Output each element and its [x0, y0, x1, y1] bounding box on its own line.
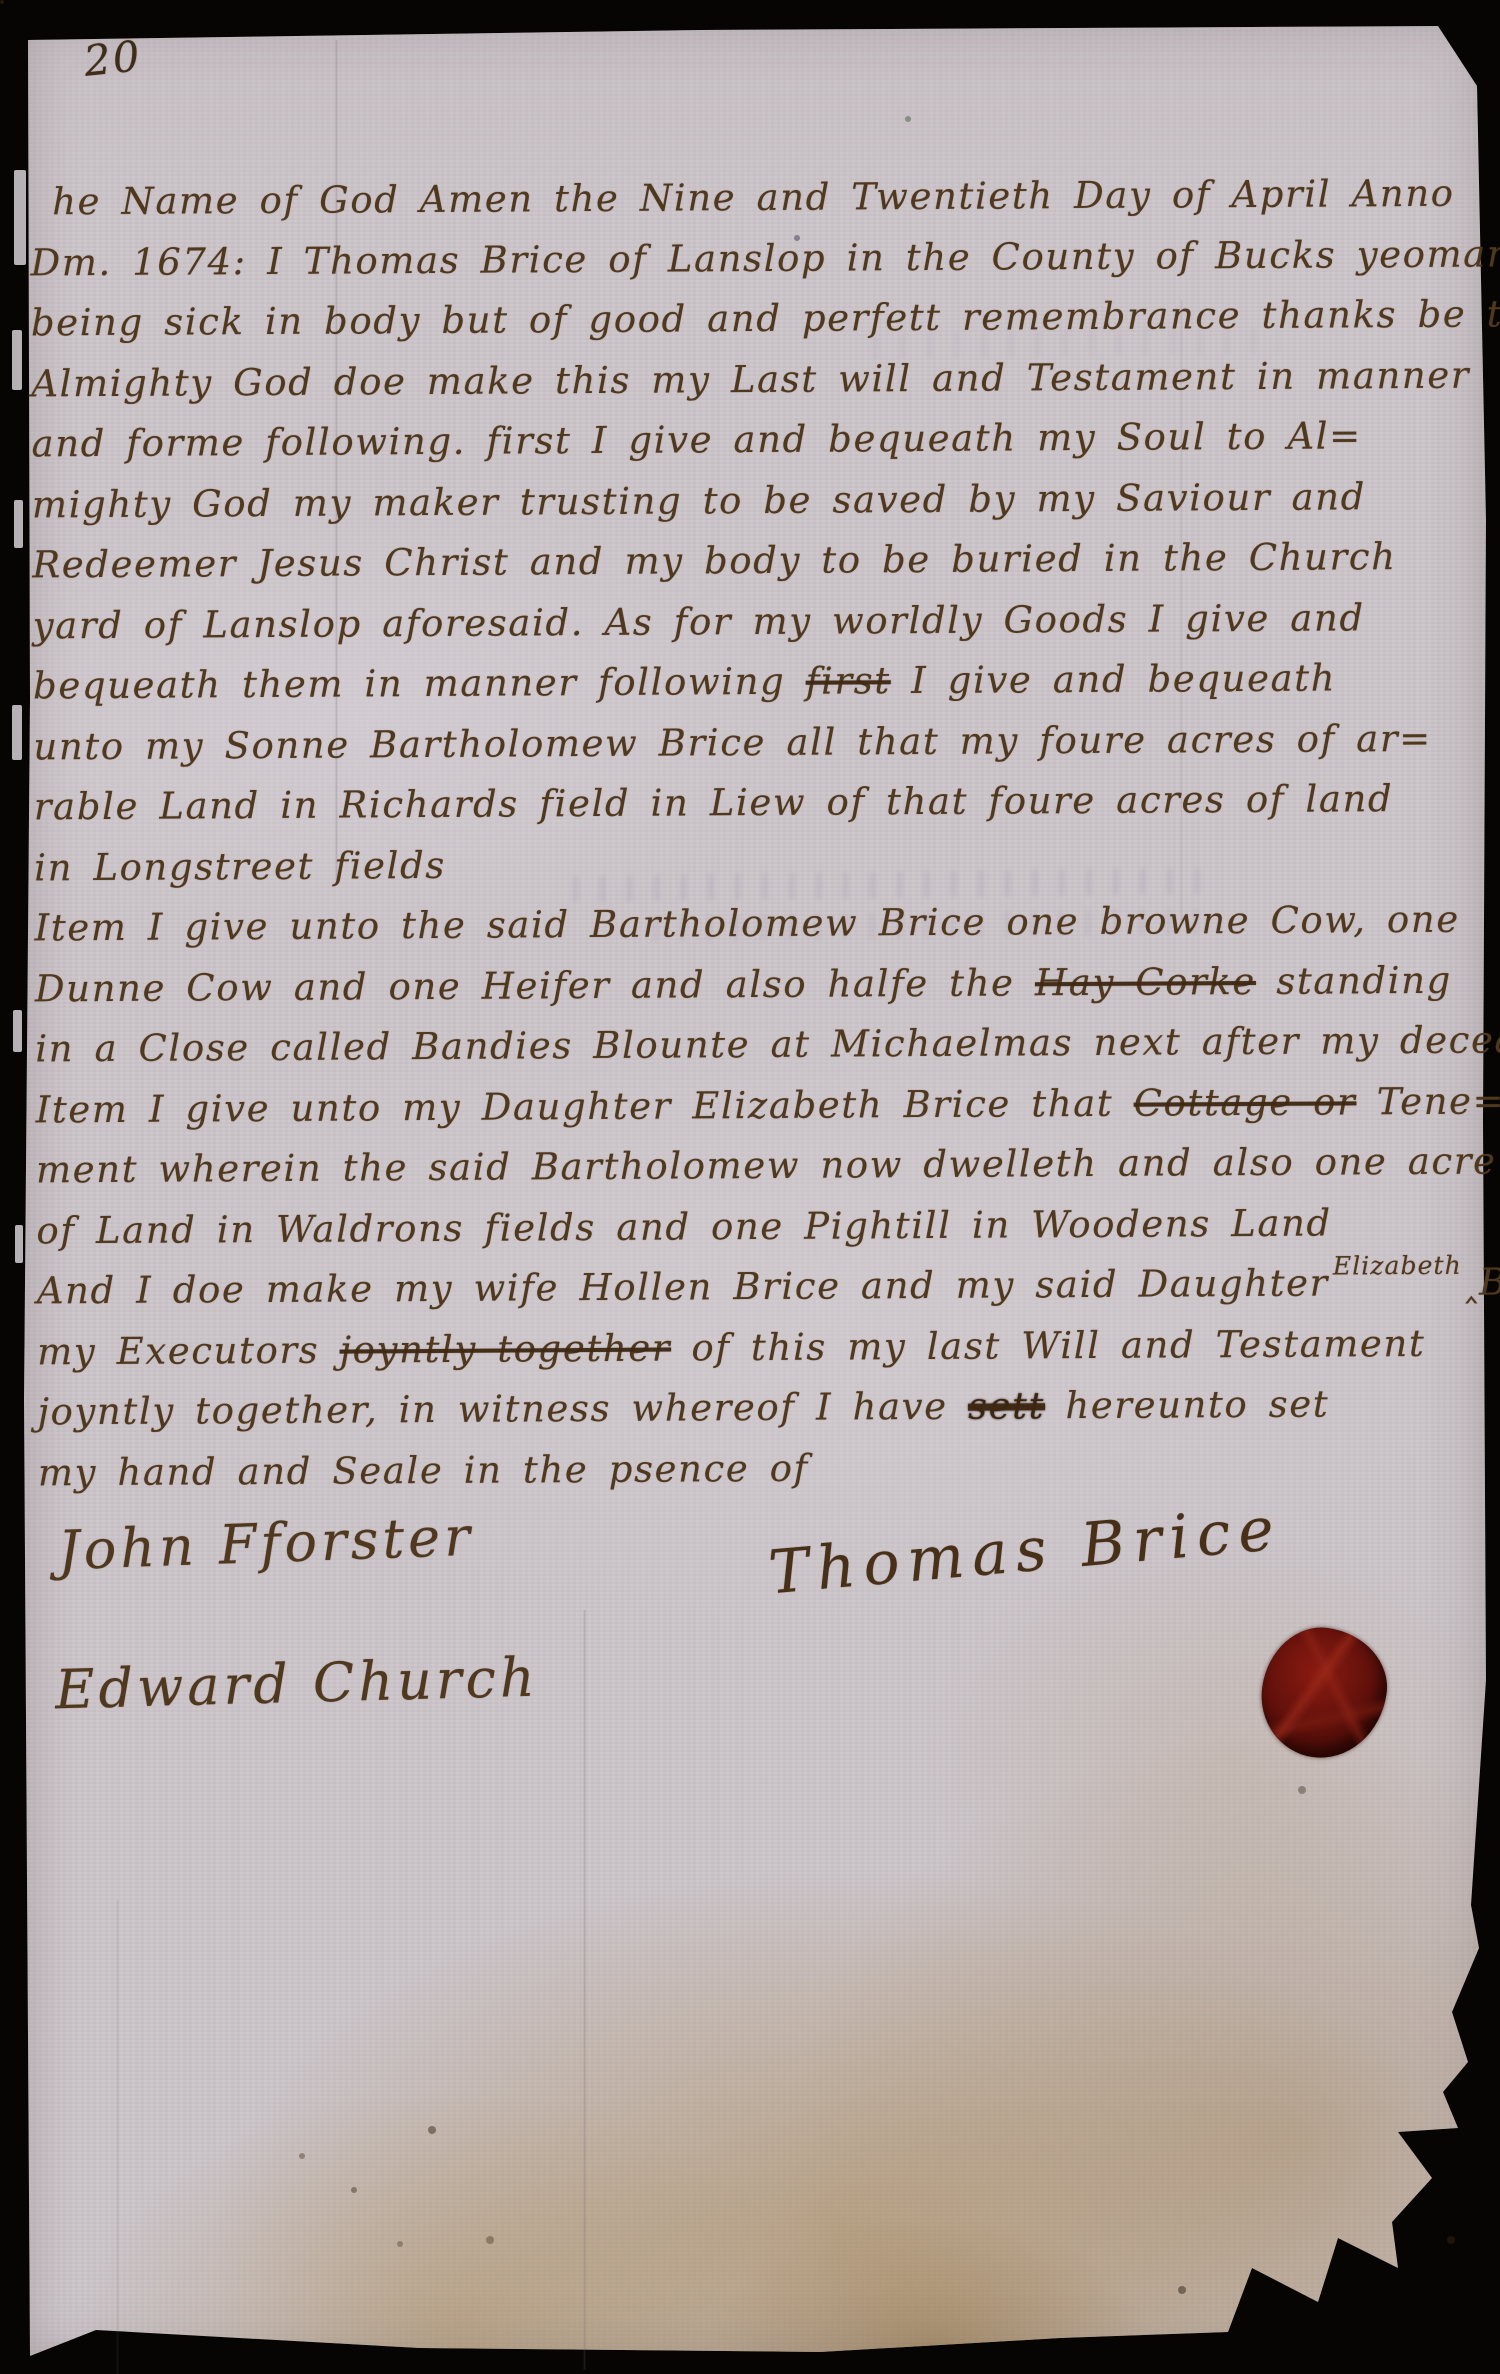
manuscript-text-segment: of this my last Will and Testament [671, 1321, 1426, 1369]
red-wax-seal [1254, 1620, 1395, 1766]
manuscript-line: being sick in body but of good and perfe… [31, 285, 1479, 354]
manuscript-text-segment: in Longstreet fields [34, 843, 446, 889]
manuscript-text-segment: of Land in Waldrons fields and one Pight… [36, 1201, 1332, 1252]
page-edge-sliver [13, 1010, 22, 1052]
manuscript-text-segment: hereunto set [1045, 1383, 1329, 1428]
page-edge-sliver [12, 705, 22, 760]
manuscript-text-segment: Almighty God doe make this my Last will … [31, 353, 1470, 405]
manuscript-line: unto my Sonne Bartholomew Brice all that… [33, 708, 1481, 777]
manuscript-text-segment: mighty God my maker trusting to be saved… [32, 475, 1366, 526]
manuscript-text-segment: Dm. 1674: I Thomas Brice of Lanslop in t… [30, 232, 1500, 284]
photograph-of-manuscript: 20 he Name of God Amen the Nine and Twen… [0, 0, 1500, 2374]
manuscript-line: rable Land in Richards field in Liew of … [34, 769, 1482, 838]
struck-text: joyntly together [339, 1326, 671, 1371]
page-edge-sliver [14, 170, 26, 265]
manuscript-text-segment: and forme following. first I give and be… [31, 414, 1361, 465]
manuscript-line: he Name of God Amen the Nine and Twentie… [30, 164, 1478, 233]
manuscript-line: my Executors joyntly together of this my… [37, 1313, 1485, 1382]
manuscript-line: Dm. 1674: I Thomas Brice of Lanslop in t… [30, 224, 1478, 293]
manuscript-line: in a Close called Bandies Blounte at Mic… [35, 1011, 1483, 1080]
manuscript-line: and forme following. first I give and be… [31, 406, 1479, 475]
manuscript-text-segment: bequeath them in manner following [33, 660, 806, 708]
manuscript-text-segment: Item I give unto the said Bartholomew Br… [34, 898, 1459, 950]
manuscript-line: Dunne Cow and one Heifer and also halfe … [35, 950, 1483, 1019]
manuscript-line: Item I give unto the said Bartholomew Br… [34, 890, 1482, 959]
manuscript-line: Item I give unto my Daughter Elizabeth B… [35, 1071, 1483, 1140]
foxing-speckles [0, 0, 4, 4]
page-edge-sliver [14, 500, 23, 548]
page-edge-sliver [15, 1225, 23, 1263]
manuscript-text-segment: joyntly together, in witness whereof I h… [37, 1385, 968, 1434]
manuscript-line: And I doe make my wife Hollen Brice and … [37, 1253, 1485, 1322]
page-edge-sliver [12, 330, 22, 390]
struck-text: Cottage or [1134, 1080, 1357, 1124]
interlined-text: Elizabeth [1333, 1250, 1462, 1280]
manuscript-text-segment: standing [1256, 958, 1452, 1002]
manuscript-line: my hand and Seale in the psence of [38, 1434, 1486, 1503]
manuscript-text-segment: Tene= [1356, 1079, 1500, 1123]
manuscript-text-segment: my Executors [37, 1328, 340, 1373]
manuscript-text-segment: in a Close called Bandies Blounte at Mic… [35, 1018, 1500, 1070]
manuscript-text-segment: my hand and Seale in the psence of [38, 1446, 809, 1494]
struck-text: first [806, 659, 891, 703]
manuscript-line: joyntly together, in witness whereof I h… [37, 1374, 1485, 1443]
page-number: 20 [82, 31, 144, 86]
manuscript-text-segment: he Name of God Amen the Nine and Twentie… [52, 172, 1455, 224]
manuscript-text-segment: yard of Lanslop aforesaid. As for my wor… [33, 596, 1365, 647]
manuscript-line: bequeath them in manner following first … [33, 648, 1481, 717]
manuscript-text-segment: Item I give unto my Daughter Elizabeth B… [36, 1081, 1134, 1131]
manuscript-text-segment: Redeemer Jesus Christ and my body to be … [32, 535, 1396, 586]
manuscript-line: ment wherein the said Bartholomew now dw… [36, 1132, 1484, 1201]
manuscript-line: mighty God my maker trusting to be saved… [32, 466, 1480, 535]
manuscript-text-segment: I give and bequeath [891, 656, 1337, 702]
manuscript-text-segment: ‸Brice [1465, 1260, 1500, 1304]
manuscript-line: Redeemer Jesus Christ and my body to be … [32, 527, 1480, 596]
manuscript-text-segment: Dunne Cow and one Heifer and also halfe … [35, 961, 1035, 1010]
manuscript-text-segment: ment wherein the said Bartholomew now dw… [36, 1139, 1497, 1191]
manuscript-line: in Longstreet fields [34, 829, 1482, 898]
manuscript-line: of Land in Waldrons fields and one Pight… [36, 1192, 1484, 1261]
manuscript-line: Almighty God doe make this my Last will … [31, 345, 1479, 414]
manuscript-line: yard of Lanslop aforesaid. As for my wor… [33, 587, 1481, 656]
struck-text: sett [968, 1384, 1045, 1427]
manuscript-text-segment: being sick in body but of good and perfe… [31, 292, 1500, 344]
manuscript-text-segment: And I doe make my wife Hollen Brice and … [37, 1262, 1329, 1313]
struck-text: Hay Corke [1035, 959, 1256, 1003]
manuscript-text: he Name of God Amen the Nine and Twentie… [30, 164, 1486, 1504]
witness-signature-edward-church: Edward Church [54, 1646, 539, 1722]
manuscript-text-segment: unto my Sonne Bartholomew Brice all that… [33, 716, 1432, 768]
manuscript-text-segment: rable Land in Richards field in Liew of … [34, 777, 1394, 828]
